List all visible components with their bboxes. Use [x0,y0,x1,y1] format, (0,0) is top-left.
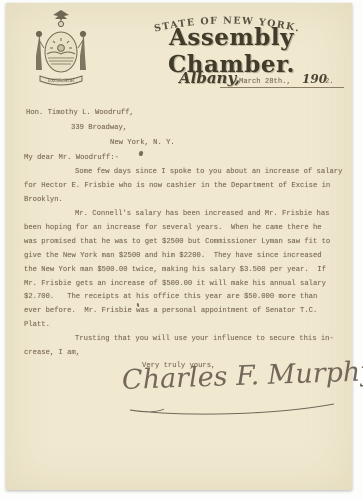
body-line: for Hector E. Frisbie who is now cashier… [24,181,330,191]
body-line: Mr. Frisbie gets an increase of $500.00 … [24,279,326,289]
dateline-date: March 28th., [239,77,291,87]
body-line: Platt. [24,320,50,330]
recipient-city: New York, N. Y. [110,138,175,148]
seal-motto: EXCELSIOR [48,78,75,83]
body-line: Mr. Connell's salary has been increased … [75,209,329,219]
insertion-caret-mark [137,303,140,307]
recipient-name: Hon. Timothy L. Woodruff, [26,108,134,118]
body-line: Brooklyn. [24,195,63,205]
ny-state-seal-icon: EXCELSIOR [27,8,95,94]
scanned-letter: EXCELSIOR STATE OF NEW YORK. Assembly Ch… [0,0,363,500]
dateline-year-typed: 2. [325,77,334,87]
body-line: been hoping for an increase for several … [24,223,322,233]
dateline-place: Albany, [179,69,240,87]
body-line: crease, I am, [24,348,80,358]
body-line: was promised that he was to get $2500 bu… [24,237,330,247]
body-line: the New York man $500.00 twice, making h… [24,265,326,275]
ink-smudge [138,151,143,157]
dateline-year-printed: 190 [302,72,327,86]
letter-paper: EXCELSIOR STATE OF NEW YORK. Assembly Ch… [6,3,352,490]
recipient-street: 339 Broadway, [71,123,127,133]
salutation: My dear Mr. Woodruff:- [24,153,119,163]
body-line: Some few days since I spoke to you about… [75,167,342,177]
signature-flourish [124,401,342,417]
signature: Charles F. Murphy [121,357,348,396]
body-line: Trusting that you will use your influenc… [75,334,334,344]
body-line: $2.700. The receipts at his office this … [24,292,317,302]
dateline-rule [220,87,344,88]
body-line: give the New York man $2500 and him $220… [24,251,322,261]
body-line: ever before. Mr. Frisbie was a personal … [24,306,317,316]
